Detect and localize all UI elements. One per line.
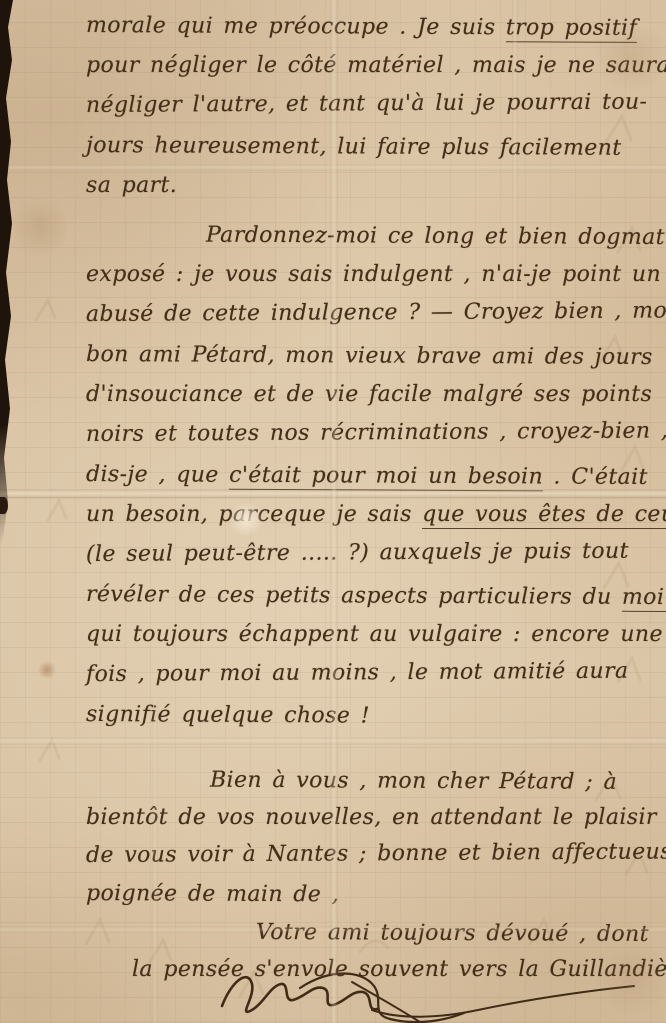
phrase: qui toujours échappent au vulgaire : enc… [86, 622, 663, 647]
letter-line: exposé : je vous sais indulgent , n'ai-j… [86, 255, 666, 295]
phrase: jours heureusement, lui faire plus facil… [86, 133, 622, 161]
letter-line: dis-je , que c'était pour moi un besoin … [86, 455, 666, 498]
letter-line: sa part. [86, 166, 666, 206]
paragraph: morale qui me préoccupe . Je suis trop p… [86, 6, 666, 206]
letter-line: un besoin, parceque je sais que vous ête… [86, 495, 666, 535]
underlined-phrase: c'était pour moi un besoin [229, 463, 543, 492]
phrase: la pensée s'envole souvent vers la Guill… [132, 957, 666, 982]
letter-line: poignée de main de , [86, 875, 666, 916]
letter-line: la pensée s'envole souvent vers la Guill… [86, 951, 666, 989]
letter-line: fois , pour moi au moins , le mot amitié… [86, 651, 666, 695]
letter-page: morale qui me préoccupe . Je suis trop p… [0, 0, 666, 1023]
letter-line: négliger l'autre, et tant qu'à lui je po… [86, 82, 666, 126]
letter-body: morale qui me préoccupe . Je suis trop p… [0, 6, 666, 989]
phrase: poignée de main de , [86, 881, 339, 907]
paragraph: Bien à vous , mon cher Pétard ; àbientôt… [86, 761, 666, 913]
letter-line: Pardonnez-moi ce long et bien dogmatique [86, 215, 666, 258]
letter-line: morale qui me préoccupe . Je suis trop p… [86, 6, 666, 49]
phrase: Bien à vous , mon cher Pétard ; à [210, 768, 617, 795]
phrase: exposé : je vous sais indulgent , n'ai-j… [86, 262, 666, 287]
phrase: morale qui me préoccupe . Je suis [86, 13, 506, 40]
underlined-phrase: que vous êtes de ceux [422, 502, 666, 529]
paragraph: Votre ami toujours dévoué , dontla pensé… [86, 913, 666, 989]
letter-line: qui toujours échappent au vulgaire : enc… [86, 615, 666, 655]
phrase: négliger l'autre, et tant qu'à lui je po… [86, 90, 647, 118]
phrase: (le seul peut-être ..... ?) auxquels je … [86, 539, 629, 567]
letter-line: de vous voir à Nantes ; bonne et bien af… [86, 833, 666, 875]
phrase: Pardonnez-moi ce long et bien dogmatique [206, 223, 666, 251]
letter-line: Bien à vous , mon cher Pétard ; à [86, 761, 666, 802]
underlined-phrase: trop positif [506, 15, 637, 43]
phrase: de vous voir à Nantes ; bonne et bien af… [86, 839, 666, 868]
underlined-phrase: moi intime [622, 585, 666, 613]
letter-line: (le seul peut-être ..... ?) auxquels je … [86, 531, 666, 575]
letter-line: Votre ami toujours dévoué , dont [86, 913, 666, 954]
phrase: d'insouciance et de vie facile malgré se… [86, 382, 652, 407]
letter-line: bon ami Pétard, mon vieux brave ami des … [86, 335, 666, 378]
phrase: révéler de ces petits aspects particulie… [86, 582, 622, 610]
letter-line: signifié quelque chose ! [86, 695, 666, 738]
phrase: un besoin, parceque je sais [86, 502, 422, 527]
phrase: . C'était [543, 464, 648, 490]
phrase: noirs et toutes nos récriminations , cro… [86, 418, 666, 447]
phrase: pour négliger le côté matériel , mais je… [86, 53, 666, 78]
letter-line: révéler de ces petits aspects particulie… [86, 575, 666, 618]
letter-line: pour négliger le côté matériel , mais je… [86, 46, 666, 86]
phrase: Votre ami toujours dévoué , dont [256, 920, 649, 947]
phrase: bon ami Pétard, mon vieux brave ami des … [86, 342, 653, 370]
phrase: dis-je , que [86, 462, 229, 488]
letter-line: abusé de cette indulgence ? — Croyez bie… [86, 291, 666, 335]
phrase: signifié quelque chose ! [86, 702, 370, 728]
phrase: fois , pour moi au moins , le mot amitié… [86, 659, 629, 687]
phrase: sa part. [86, 173, 177, 198]
letter-line: d'insouciance et de vie facile malgré se… [86, 375, 666, 415]
paragraph: Pardonnez-moi ce long et bien dogmatique… [86, 215, 666, 735]
letter-line: bientôt de vos nouvelles, en attendant l… [86, 799, 666, 837]
letter-line: noirs et toutes nos récriminations , cro… [86, 411, 666, 455]
phrase: bientôt de vos nouvelles, en attendant l… [86, 805, 657, 830]
phrase: abusé de cette indulgence ? — Croyez bie… [86, 298, 666, 327]
letter-line: jours heureusement, lui faire plus facil… [86, 126, 666, 169]
